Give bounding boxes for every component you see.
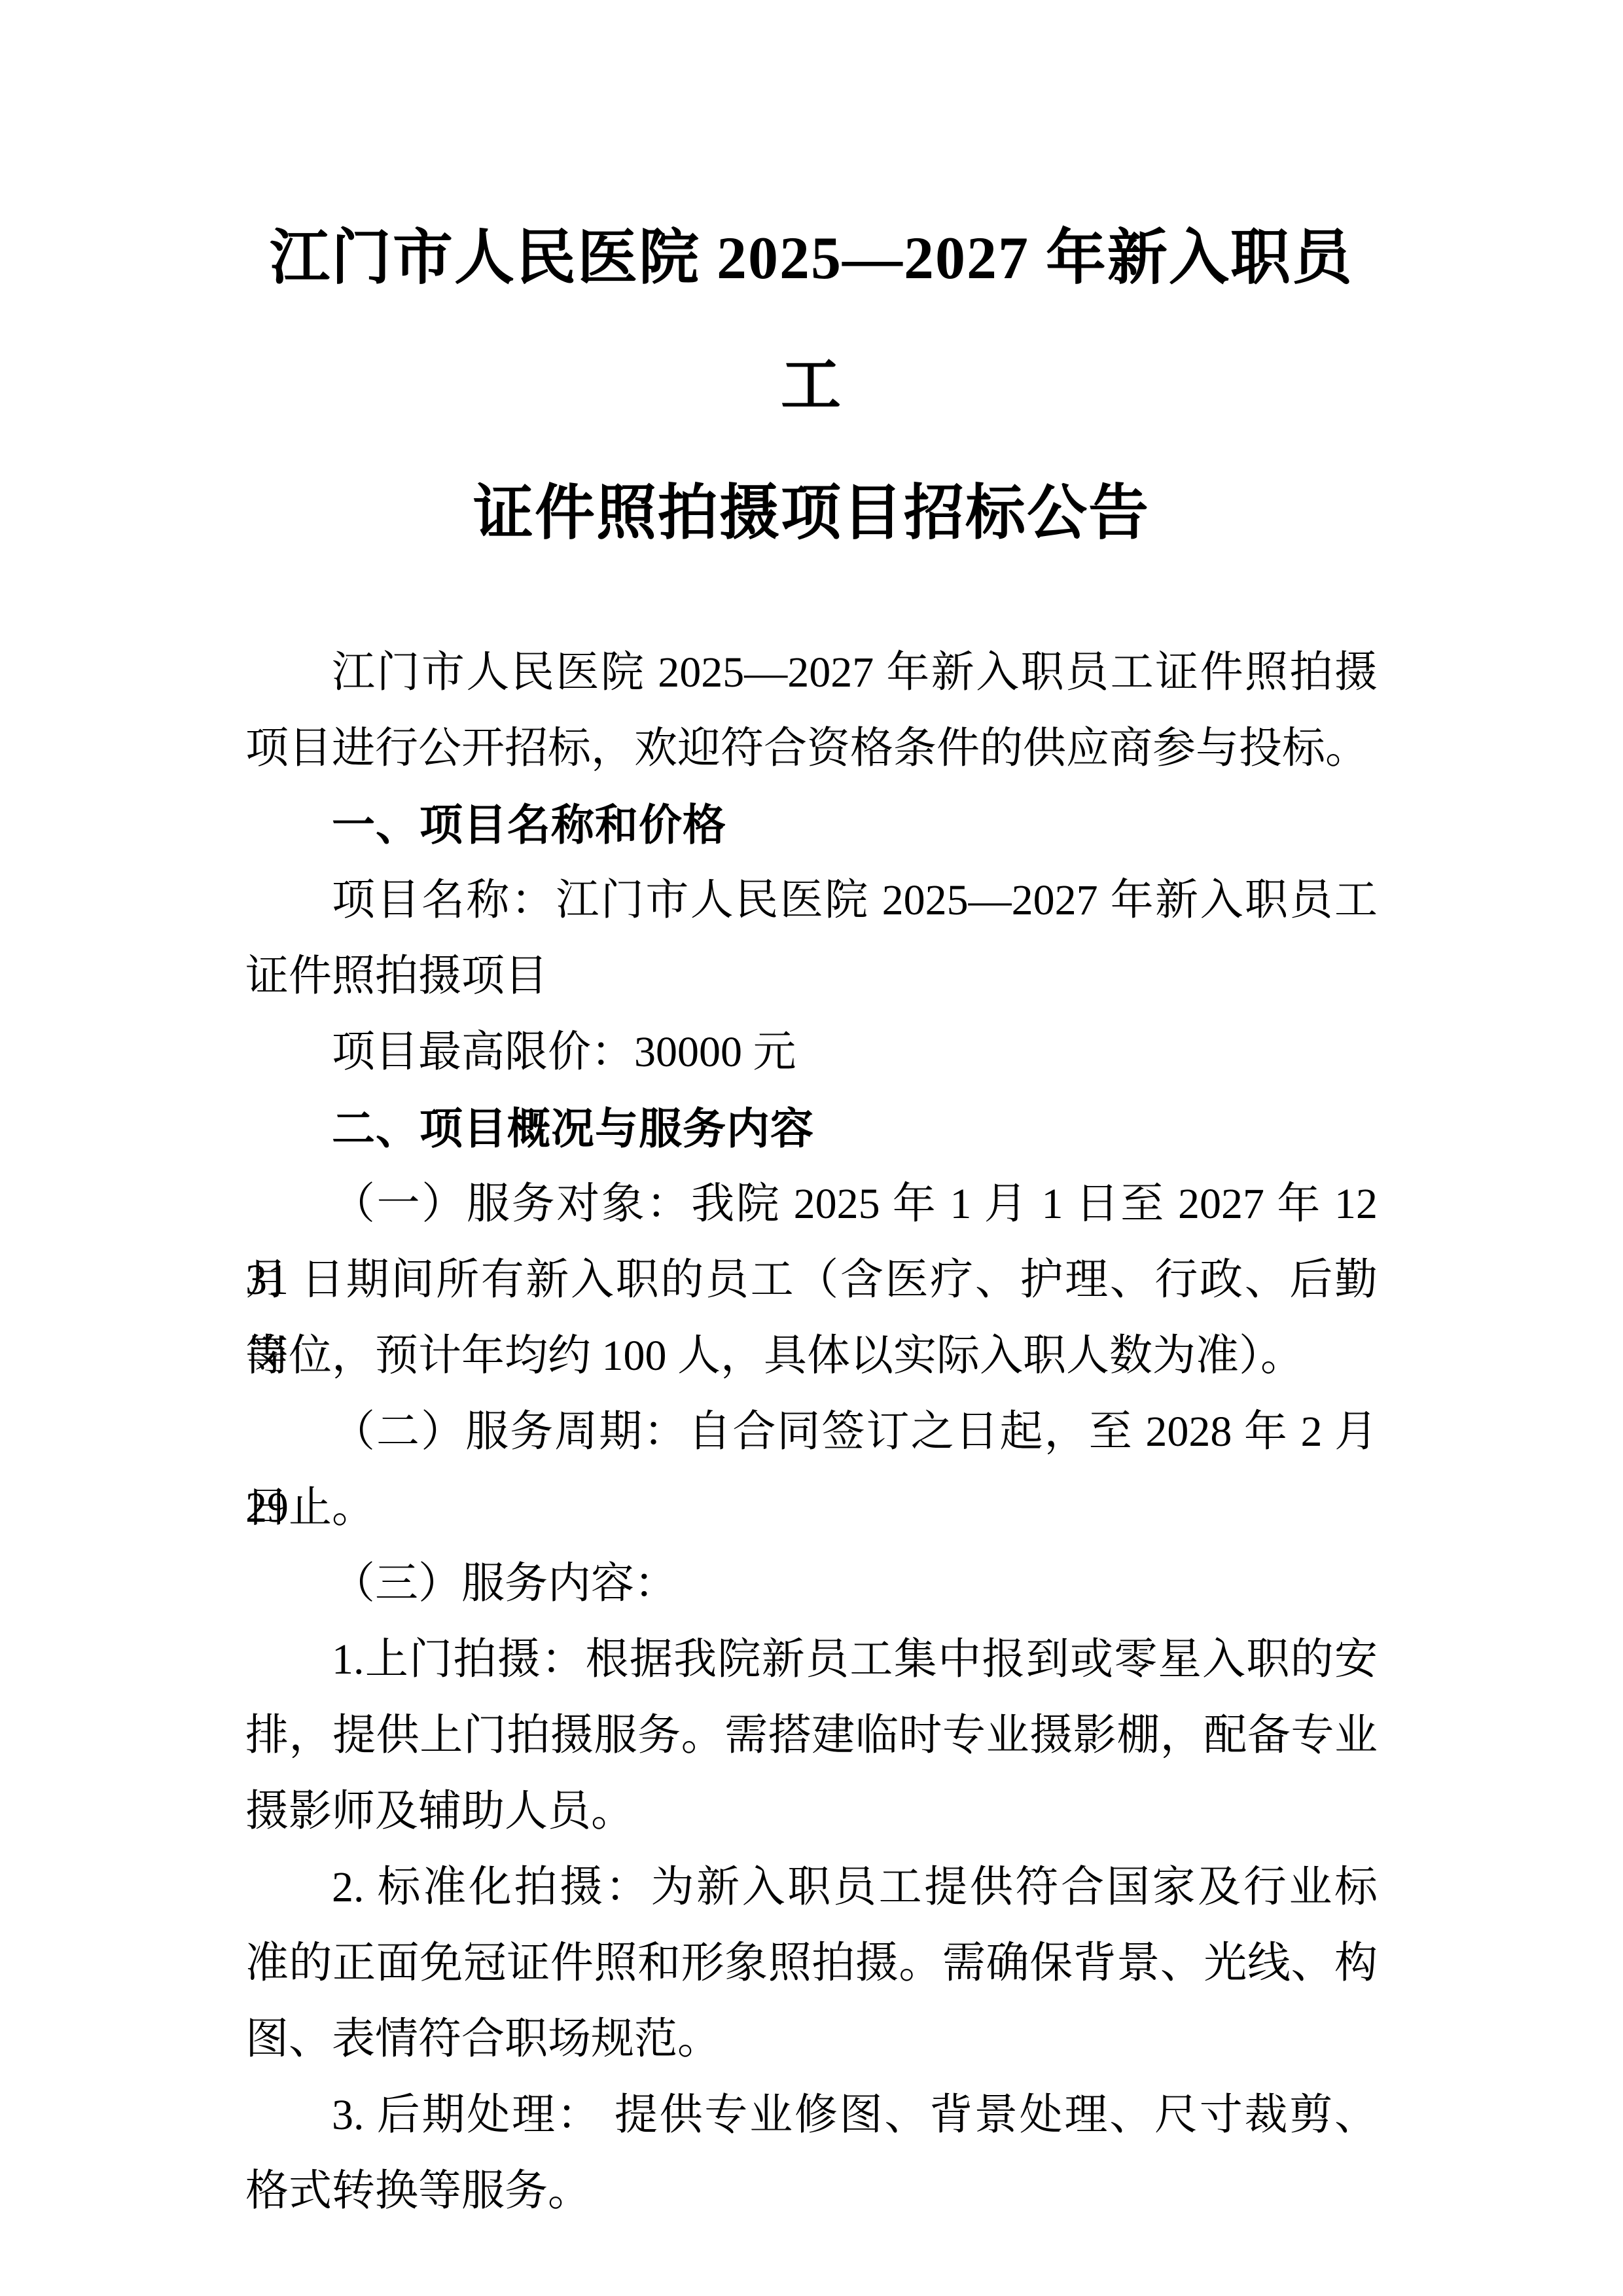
- section-heading: 一、项目名称和价格: [245, 787, 1378, 863]
- body-line: 图、表情符合职场规范。: [245, 2001, 1378, 2077]
- body-line: 证件照拍摄项目: [245, 939, 1378, 1014]
- body-line: 项目最高限价：30000 元: [245, 1014, 1378, 1090]
- document-title: 江门市人民医院 2025—2027 年新入职员工 证件照拍摄项目招标公告: [245, 194, 1378, 577]
- body-line: 2. 标准化拍摄：为新入职员工提供符合国家及行业标: [245, 1850, 1378, 1926]
- body-line: （一）服务对象：我院 2025 年 1 月 1 日至 2027 年 12 月: [245, 1166, 1378, 1242]
- body-line: 江门市人民医院 2025—2027 年新入职员工证件照拍摄: [245, 635, 1378, 711]
- body-line: 摄影师及辅助人员。: [245, 1774, 1378, 1850]
- body-line: 1.上门拍摄：根据我院新员工集中报到或零星入职的安: [245, 1622, 1378, 1698]
- body-line: 3. 后期处理： 提供专业修图、背景处理、尺寸裁剪、: [245, 2077, 1378, 2153]
- title-line-2: 证件照拍摄项目招标公告: [245, 450, 1378, 577]
- body-line: 岗位，预计年均约 100 人，具体以实际入职人数为准）。: [245, 1318, 1378, 1394]
- body-line: 31 日期间所有新入职的员工（含医疗、护理、行政、后勤等: [245, 1242, 1378, 1318]
- document-content: 江门市人民医院 2025—2027 年新入职员工 证件照拍摄项目招标公告 江门市…: [245, 194, 1378, 2229]
- body-line: 准的正面免冠证件照和形象照拍摄。需确保背景、光线、构: [245, 1926, 1378, 2001]
- title-line-1: 江门市人民医院 2025—2027 年新入职员工: [245, 194, 1378, 450]
- body-line: （二）服务周期：自合同签订之日起，至 2028 年 2 月 29: [245, 1394, 1378, 1470]
- body-line: 排，提供上门拍摄服务。需搭建临时专业摄影棚，配备专业: [245, 1698, 1378, 1774]
- body-line: 格式转换等服务。: [245, 2153, 1378, 2229]
- body-line: 日止。: [245, 1470, 1378, 1546]
- section-heading: 二、项目概况与服务内容: [245, 1090, 1378, 1166]
- body-line: 项目名称：江门市人民医院 2025—2027 年新入职员工: [245, 863, 1378, 939]
- document-body: 江门市人民医院 2025—2027 年新入职员工证件照拍摄项目进行公开招标，欢迎…: [245, 635, 1378, 2229]
- body-line: 项目进行公开招标，欢迎符合资格条件的供应商参与投标。: [245, 711, 1378, 787]
- body-line: （三）服务内容：: [245, 1546, 1378, 1622]
- document-page: 江门市人民医院 2025—2027 年新入职员工 证件照拍摄项目招标公告 江门市…: [0, 0, 1623, 2296]
